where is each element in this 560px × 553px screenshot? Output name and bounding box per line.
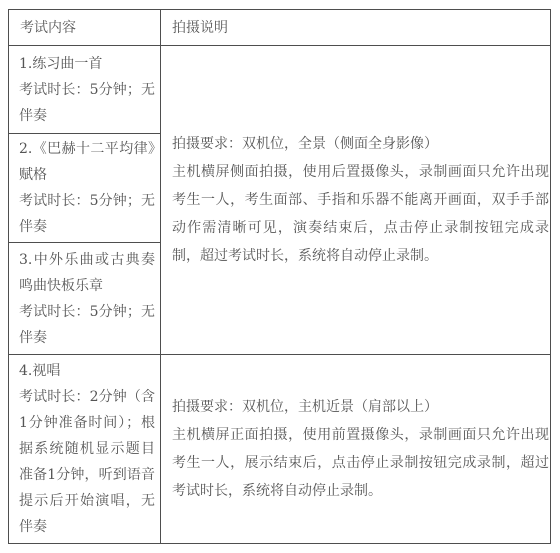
exam-recording-table: 考试内容 拍摄说明 1.练习曲一首 考试时长：5分钟；无伴奏 拍摄要求：双机位，… bbox=[8, 9, 551, 544]
shooting-detail-sight-singing: 主机横屏正面拍摄，使用前置摄像头，录制画面只允许出现考生一人，展示结束后，点击停… bbox=[172, 421, 549, 505]
column-header-shooting-notes: 拍摄说明 bbox=[161, 10, 551, 46]
exam-item-2-bach-fugue-cell: 2.《巴赫十二平均律》赋格 考试时长：5分钟；无伴奏 bbox=[9, 134, 161, 243]
exam-item-3-sonata-movement-cell: 3.中外乐曲或古典奏鸣曲快板乐章 考试时长：5分钟；无伴奏 bbox=[9, 243, 161, 355]
column-header-exam-content: 考试内容 bbox=[9, 10, 161, 46]
shooting-requirement-sight-singing: 拍摄要求：双机位，主机近景（肩部以上） bbox=[172, 393, 549, 421]
table-header-row: 考试内容 拍摄说明 bbox=[9, 10, 551, 46]
shooting-notes-sight-singing-cell: 拍摄要求：双机位，主机近景（肩部以上） 主机横屏正面拍摄，使用前置摄像头，录制画… bbox=[161, 355, 551, 544]
table-row: 4.视唱 考试时长：2分钟（含1分钟准备时间）；根据系统随机显示题目准备1分钟，… bbox=[9, 355, 551, 544]
exam-item-4-sight-singing-cell: 4.视唱 考试时长：2分钟（含1分钟准备时间）；根据系统随机显示题目准备1分钟，… bbox=[9, 355, 161, 544]
shooting-notes-performance-cell: 拍摄要求：双机位，全景（侧面全身影像） 主机横屏侧面拍摄，使用后置摄像头，录制画… bbox=[161, 46, 551, 355]
exam-item-1-etude-cell: 1.练习曲一首 考试时长：5分钟；无伴奏 bbox=[9, 46, 161, 134]
document-page: 考试内容 拍摄说明 1.练习曲一首 考试时长：5分钟；无伴奏 拍摄要求：双机位，… bbox=[0, 0, 560, 553]
table-row: 1.练习曲一首 考试时长：5分钟；无伴奏 拍摄要求：双机位，全景（侧面全身影像）… bbox=[9, 46, 551, 134]
shooting-detail-performance: 主机横屏侧面拍摄，使用后置摄像头，录制画面只允许出现考生一人，考生面部、手指和乐… bbox=[172, 158, 549, 270]
shooting-requirement-performance: 拍摄要求：双机位，全景（侧面全身影像） bbox=[172, 130, 549, 158]
